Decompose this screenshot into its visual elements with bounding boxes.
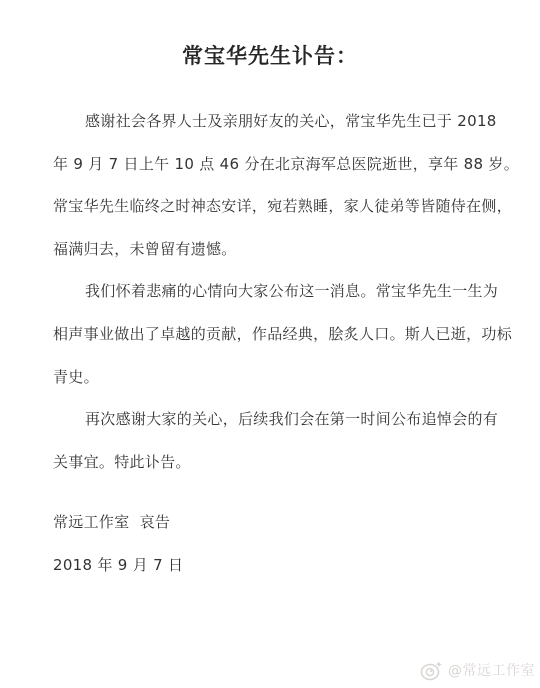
body-line-7: 青史。 bbox=[53, 356, 494, 399]
body-line-5: 我们怀着悲痛的心情向大家公布这一消息。常宝华先生一生为 bbox=[53, 270, 494, 313]
body-line-2: 年 9 月 7 日上午 10 点 46 分在北京海军总医院逝世，享年 88 岁。 bbox=[53, 143, 494, 186]
date-line: 2018 年 9 月 7 日 bbox=[53, 544, 494, 587]
body-line-3: 常宝华先生临终之时神态安详，宛若熟睡，家人徒弟等皆随侍在侧， bbox=[53, 185, 494, 228]
watermark-handle: @常远工作室 bbox=[448, 660, 535, 680]
signature-line: 常远工作室 哀告 bbox=[53, 501, 494, 544]
document-title: 常宝华先生讣告： bbox=[0, 40, 540, 70]
body-line-4: 福满归去，未曾留有遗憾。 bbox=[53, 228, 494, 271]
body-line-6: 相声事业做出了卓越的贡献，作品经典，脍炙人口。斯人已逝，功标 bbox=[53, 313, 494, 356]
weibo-eye-icon bbox=[418, 657, 444, 683]
document-body: 感谢社会各界人士及亲朋好友的关心，常宝华先生已于 2018 年 9 月 7 日上… bbox=[53, 100, 494, 587]
body-line-9: 关事宜。特此讣告。 bbox=[53, 441, 494, 484]
weibo-watermark: @常远工作室 bbox=[418, 657, 535, 683]
paragraph-spacer bbox=[53, 483, 494, 501]
body-line-8: 再次感谢大家的关心，后续我们会在第一时间公布追悼会的有 bbox=[53, 398, 494, 441]
body-line-1: 感谢社会各界人士及亲朋好友的关心，常宝华先生已于 2018 bbox=[53, 100, 494, 143]
obituary-document: 常宝华先生讣告： 感谢社会各界人士及亲朋好友的关心，常宝华先生已于 2018 年… bbox=[0, 0, 540, 688]
